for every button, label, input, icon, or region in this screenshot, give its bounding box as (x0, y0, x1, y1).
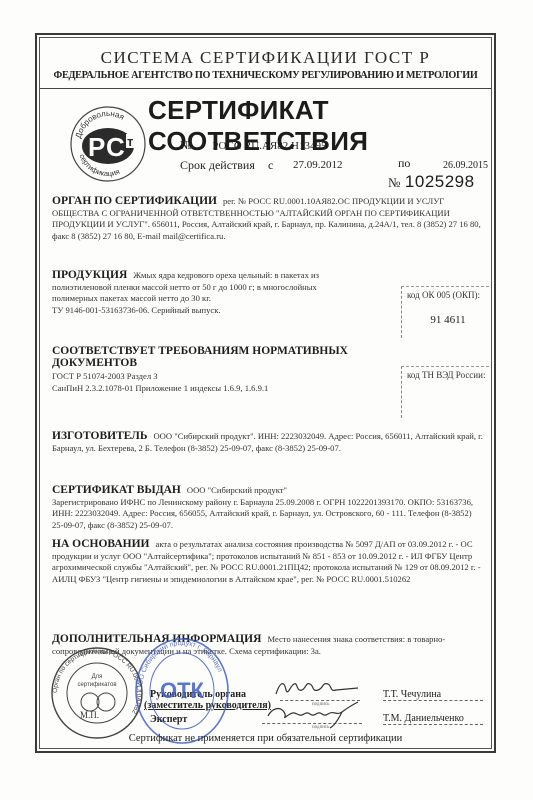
svg-text:сертификатов: сертификатов (77, 682, 116, 688)
manufacturer-heading: ИЗГОТОВИТЕЛЬ (52, 430, 147, 442)
certificate-number: РОСС RU.АЯ82.Н13495 (212, 140, 326, 152)
product-heading: ПРОДУКЦИЯ (52, 269, 127, 281)
blank-number: №1025298 (388, 172, 475, 192)
svg-text:С: С (106, 132, 125, 162)
head-name: Т.Т. Чечулина (383, 689, 441, 700)
svg-text:Для: Для (92, 674, 103, 680)
expert-signature-icon (262, 700, 362, 730)
okp-code-box: код ОК 005 (ОКП): 91 4611 (401, 286, 489, 338)
normative-document: ГОСТ Р 51074-2003 Раздел 3 (52, 371, 402, 383)
certification-body-heading: ОРГАН ПО СЕРТИФИКАЦИИ (52, 195, 217, 207)
blank-number-label: № (388, 175, 401, 190)
svg-text:т: т (127, 134, 133, 149)
to-label: по (398, 156, 410, 171)
rst-logo-icon: Добровольная сертификация Р С т (68, 104, 148, 184)
certificate-number-row: № РОСС RU.АЯ82.Н13495 (180, 138, 326, 153)
tn-ved-code-label: код ТН ВЭД России: (407, 370, 485, 380)
manufacturer-section: ИЗГОТОВИТЕЛЬООО "Сибирский продукт". ИНН… (52, 431, 484, 454)
basis-heading: НА ОСНОВАНИИ (52, 538, 150, 550)
agency-name: ФЕДЕРАЛЬНОЕ АГЕНТСТВО ПО ТЕХНИЧЕСКОМУ РЕ… (40, 70, 491, 81)
certification-body-stamp-icon: Орган по сертификации РОСС RU.0001.10АЯ8… (50, 644, 144, 742)
valid-to-date: 26.09.2015 (443, 160, 488, 171)
number-label: № (180, 138, 191, 152)
normative-document: СанПиН 2.3.2.1078-01 Приложение 1 индекс… (52, 383, 402, 395)
svg-text:ОТК: ОТК (160, 678, 205, 703)
expert-name: Т.М. Даниельченко (383, 713, 464, 724)
svg-text:М.П.: М.П. (80, 710, 99, 720)
product-section: ПРОДУКЦИЯЖмых ядра кедрового ореха цельн… (52, 270, 352, 316)
system-title: СИСТЕМА СЕРТИФИКАЦИИ ГОСТ Р (40, 48, 491, 68)
validity-label: Срок действия (180, 158, 255, 173)
okp-code-value: 91 4611 (407, 314, 489, 326)
head-name-line (383, 700, 483, 701)
head-signature-icon (272, 676, 362, 700)
svg-text:Р: Р (88, 132, 105, 162)
otk-stamp-icon: ООО Сибирский продукт г. Барнаул ОТК (134, 636, 230, 746)
footer-note: Сертификат не применяется при обязательн… (40, 733, 491, 744)
issued-to-text: Зарегистрировано ИФНС по Ленинскому райо… (52, 497, 473, 530)
header-divider (40, 88, 491, 89)
normative-documents-section: СООТВЕТСТВУЕТ ТРЕБОВАНИЯМ НОРМАТИВНЫХ ДО… (52, 346, 402, 394)
basis-section: НА ОСНОВАНИИакта о результатах анализа с… (52, 539, 484, 585)
issued-to-section: СЕРТИФИКАТ ВЫДАНООО "Сибирский продукт" … (52, 485, 484, 531)
from-label: с (268, 158, 273, 173)
certification-body-section: ОРГАН ПО СЕРТИФИКАЦИИрег. № РОСС RU.0001… (52, 196, 484, 242)
valid-from-date: 27.09.2012 (293, 159, 343, 171)
issued-to-heading: СЕРТИФИКАТ ВЫДАН (52, 484, 181, 496)
tn-ved-code-box: код ТН ВЭД России: (401, 366, 489, 418)
expert-name-line (383, 724, 483, 725)
normative-documents-heading: СООТВЕТСТВУЕТ ТРЕБОВАНИЯМ НОРМАТИВНЫХ ДО… (52, 346, 402, 369)
issued-to-company: ООО "Сибирский продукт" (187, 485, 287, 495)
product-spec: ТУ 9146-001-53163736-06. Серийный выпуск… (52, 305, 221, 315)
blank-number-value: 1025298 (405, 172, 475, 191)
okp-code-label: код ОК 005 (ОКП): (407, 290, 480, 300)
